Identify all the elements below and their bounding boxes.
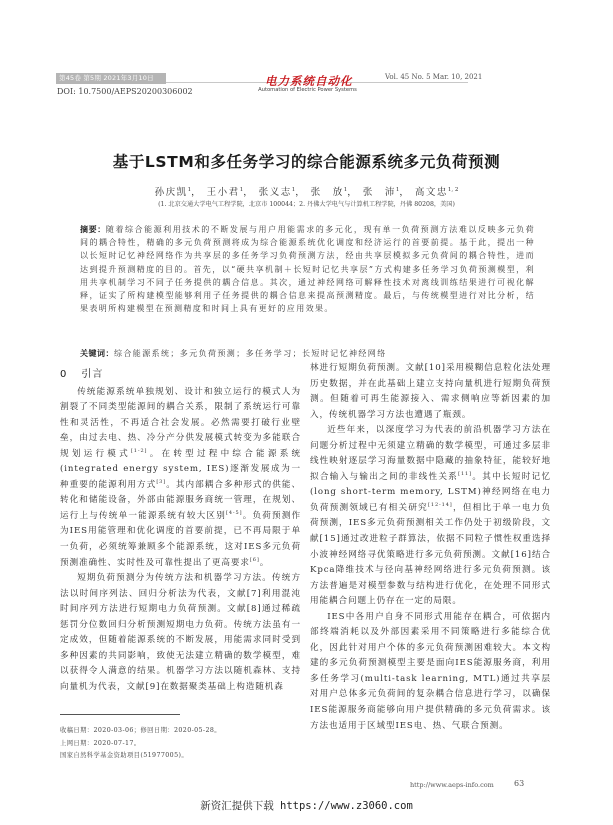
citation: [11] — [458, 471, 472, 477]
footnote-received: 收稿日期：2020-03-06；修回日期：2020-05-28。 — [60, 725, 300, 738]
article-title: 基于LSTM和多任务学习的综合能源系统多元负荷预测 — [0, 150, 613, 172]
section-heading: 0引言 — [60, 367, 301, 383]
footnote-funding: 国家自然科学基金资助项目(51977005)。 — [60, 750, 300, 763]
author: 张 放1 — [311, 187, 348, 198]
keywords-text: 综合能源系统；多元负荷预测；多任务学习；长短时记忆神经网络 — [114, 349, 387, 358]
author: 王小君1 — [207, 187, 244, 198]
citation: [3] — [156, 479, 166, 485]
keywords: 关键词：综合能源系统；多元负荷预测；多任务学习；长短时记忆神经网络 — [80, 348, 535, 359]
citation: [12-14] — [428, 502, 453, 508]
doi-text: DOI: 10.7500/AEPS20200306002 — [57, 87, 193, 96]
paragraph: 短期负荷预测分为传统方法和机器学习方法。传统方法以时间序列法、回归分析法为代表，… — [60, 571, 301, 695]
paper-page: 第45卷 第5期 2021年3月10日 DOI: 10.7500/AEPS202… — [0, 0, 613, 825]
body-right-column: 林进行短期负荷预测。文献[10]采用模糊信息粒化法处理历史数据，并在此基础上建立… — [310, 361, 551, 734]
author: 孙庆凯1 — [155, 187, 192, 198]
abstract-text: 随着综合能源利用技术的不断发展与用户用能需求的多元化，现有单一负荷预测方法难以反… — [80, 225, 535, 313]
journal-url[interactable]: http://www.aeps-info.com — [410, 781, 494, 789]
keywords-label: 关键词： — [80, 349, 114, 358]
affiliations: (1. 北京交通大学电气工程学院，北京市 100044；2. 丹佛大学电气与计算… — [0, 199, 613, 208]
citation: [4-5] — [226, 510, 242, 516]
paragraph: 林进行短期负荷预测。文献[10]采用模糊信息粒化法处理历史数据，并在此基础上建立… — [310, 361, 551, 423]
volume-info: Vol. 45 No. 5 Mar. 10, 2021 — [385, 73, 467, 81]
author: 张 沛1 — [363, 187, 400, 198]
citation: [6] — [250, 557, 260, 563]
author: 高文忠1, 2 — [415, 187, 459, 198]
author-list: 孙庆凯1， 王小君1， 张义志1， 张 放1， 张 沛1， 高文忠1, 2 — [0, 184, 613, 198]
abstract-label: 摘要： — [80, 225, 106, 234]
author: 张义志1 — [259, 187, 296, 198]
footnotes: 收稿日期：2020-03-06；修回日期：2020-05-28。 上网日期：20… — [60, 725, 300, 763]
footnote-online: 上网日期：2020-07-17。 — [60, 738, 300, 751]
citation: [1-2] — [131, 448, 147, 454]
body-left-column: 0引言 传统能源系统单独规划、设计和独立运行的模式人为割裂了不同类型能源间的耦合… — [60, 367, 301, 695]
download-watermark: 新资汇提供下载 https://www.z3060.com — [0, 798, 613, 813]
paragraph: IES中各用户自身不同形式用能存在耦合，可依据内部终端消耗以及外部因素采用不同策… — [310, 610, 551, 734]
issue-badge: 第45卷 第5期 2021年3月10日 — [56, 73, 166, 84]
paragraph: 传统能源系统单独规划、设计和独立运行的模式人为割裂了不同类型能源间的耦合关系，限… — [60, 385, 301, 572]
paragraph: 近些年来，以深度学习为代表的前沿机器学习方法在问题分析过程中无须建立精确的数学模… — [310, 423, 551, 610]
footnote-rule — [60, 714, 180, 715]
page-number: 63 — [514, 779, 524, 788]
journal-subtitle: Automation of Electric Power Systems — [250, 87, 365, 93]
abstract: 摘要：随着综合能源利用技术的不断发展与用户用能需求的多元化，现有单一负荷预测方法… — [80, 223, 535, 315]
